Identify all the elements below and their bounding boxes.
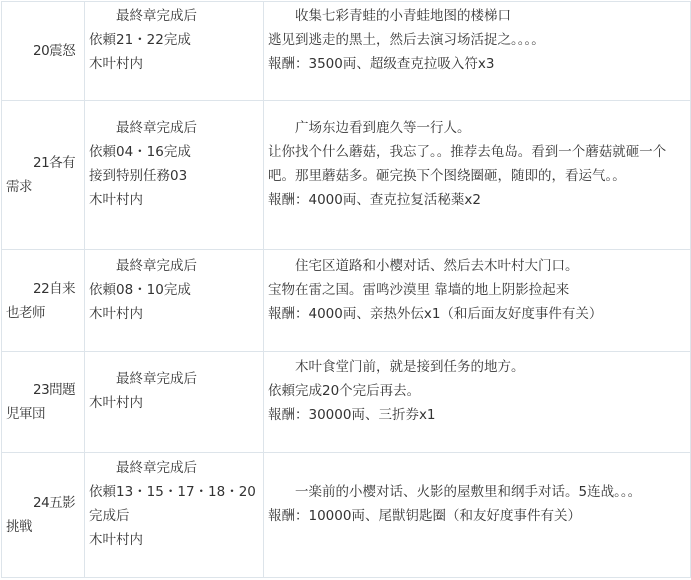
quest-description-cell: 住宅区道路和小樱对话、然后去木叶村大门口。 宝物在雷之国。雷鸣沙漠里 靠墙的地上… (264, 250, 691, 352)
description-line: 依頼完成20个完后再去。 (268, 379, 686, 403)
quest-name: 24五影挑戦 (6, 491, 80, 539)
quest-description-cell: 木叶食堂门前，就是接到任务的地方。 依頼完成20个完后再去。 報酬：30000両… (264, 352, 691, 453)
condition-line: 最終章完成后 (89, 367, 259, 391)
reward-line: 報酬：10000両、尾獣钥匙圈（和友好度事件有关） (268, 504, 686, 528)
description-line: 宝物在雷之国。雷鸣沙漠里 靠墙的地上阴影捡起来 (268, 278, 686, 302)
quest-description-cell: 收集七彩青蛙的小青蛙地图的楼梯口 逃见到逃走的黑土，然后去演习场活捉之。。。。 … (264, 2, 691, 101)
table-row: 21各有需求 最終章完成后 依頼04・16完成 接到特别任務03 木叶村内 广场… (2, 101, 691, 250)
quest-name-cell: 22自来也老师 (2, 250, 85, 352)
condition-line: 依頼13・15・17・18・20完成后 (89, 480, 259, 528)
description-line: 木叶食堂门前，就是接到任务的地方。 (268, 355, 686, 379)
condition-line: 最終章完成后 (89, 456, 259, 480)
table-row: 24五影挑戦 最終章完成后 依頼13・15・17・18・20完成后 木叶村内 一… (2, 453, 691, 578)
quest-name-cell: 21各有需求 (2, 101, 85, 250)
quest-conditions-cell: 最終章完成后 依頼04・16完成 接到特别任務03 木叶村内 (85, 101, 264, 250)
condition-line: 木叶村内 (89, 528, 259, 552)
reward-line: 報酬：30000両、三折券x1 (268, 403, 686, 427)
quest-description-cell: 广场东边看到鹿久等一行人。 让你找个什么蘑菇，我忘了。。推荐去龟岛。看到一个蘑菇… (264, 101, 691, 250)
condition-line: 接到特别任務03 (89, 164, 259, 188)
condition-line: 依頼08・10完成 (89, 278, 259, 302)
description-line: 收集七彩青蛙的小青蛙地图的楼梯口 (268, 4, 686, 28)
quest-name: 20震怒 (6, 39, 80, 63)
quest-name-cell: 24五影挑戦 (2, 453, 85, 578)
quest-conditions-cell: 最終章完成后 木叶村内 (85, 352, 264, 453)
condition-line: 最終章完成后 (89, 4, 259, 28)
description-line: 广场东边看到鹿久等一行人。 (268, 116, 686, 140)
quest-conditions-cell: 最終章完成后 依頼13・15・17・18・20完成后 木叶村内 (85, 453, 264, 578)
condition-line: 木叶村内 (89, 188, 259, 212)
reward-line: 報酬：4000両、亲热外伝x1（和后面友好度事件有关） (268, 302, 686, 326)
description-line: 住宅区道路和小樱对话、然后去木叶村大门口。 (268, 254, 686, 278)
quest-name: 22自来也老师 (6, 277, 80, 325)
condition-line: 最終章完成后 (89, 116, 259, 140)
condition-line: 依頼21・22完成 (89, 28, 259, 52)
description-line: 逃见到逃走的黑土，然后去演习场活捉之。。。。 (268, 28, 686, 52)
quest-name: 23問題児軍団 (6, 378, 80, 426)
quest-name: 21各有需求 (6, 151, 80, 199)
quest-table: 20震怒 最終章完成后 依頼21・22完成 木叶村内 收集七彩青蛙的小青蛙地图的… (1, 1, 691, 578)
condition-line: 木叶村内 (89, 302, 259, 326)
description-line: 让你找个什么蘑菇，我忘了。。推荐去龟岛。看到一个蘑菇就砸一个吧。那里蘑菇多。砸完… (268, 140, 686, 188)
condition-line: 依頼04・16完成 (89, 140, 259, 164)
quest-description-cell: 一楽前的小樱对话、火影的屋敷里和纲手对话。5连战。。。 報酬：10000両、尾獣… (264, 453, 691, 578)
condition-line: 木叶村内 (89, 52, 259, 76)
quest-conditions-cell: 最終章完成后 依頼08・10完成 木叶村内 (85, 250, 264, 352)
table-row: 23問題児軍団 最終章完成后 木叶村内 木叶食堂门前，就是接到任务的地方。 依頼… (2, 352, 691, 453)
condition-line: 木叶村内 (89, 391, 259, 415)
quest-conditions-cell: 最終章完成后 依頼21・22完成 木叶村内 (85, 2, 264, 101)
condition-line: 最終章完成后 (89, 254, 259, 278)
table-row: 22自来也老师 最終章完成后 依頼08・10完成 木叶村内 住宅区道路和小樱对话… (2, 250, 691, 352)
reward-line: 報酬：4000両、查克拉复活秘薬x2 (268, 188, 686, 212)
description-line: 一楽前的小樱对话、火影的屋敷里和纲手对话。5连战。。。 (268, 480, 686, 504)
quest-name-cell: 23問題児軍団 (2, 352, 85, 453)
table-row: 20震怒 最終章完成后 依頼21・22完成 木叶村内 收集七彩青蛙的小青蛙地图的… (2, 2, 691, 101)
reward-line: 報酬：3500両、超级查克拉吸入符x3 (268, 52, 686, 76)
quest-name-cell: 20震怒 (2, 2, 85, 101)
